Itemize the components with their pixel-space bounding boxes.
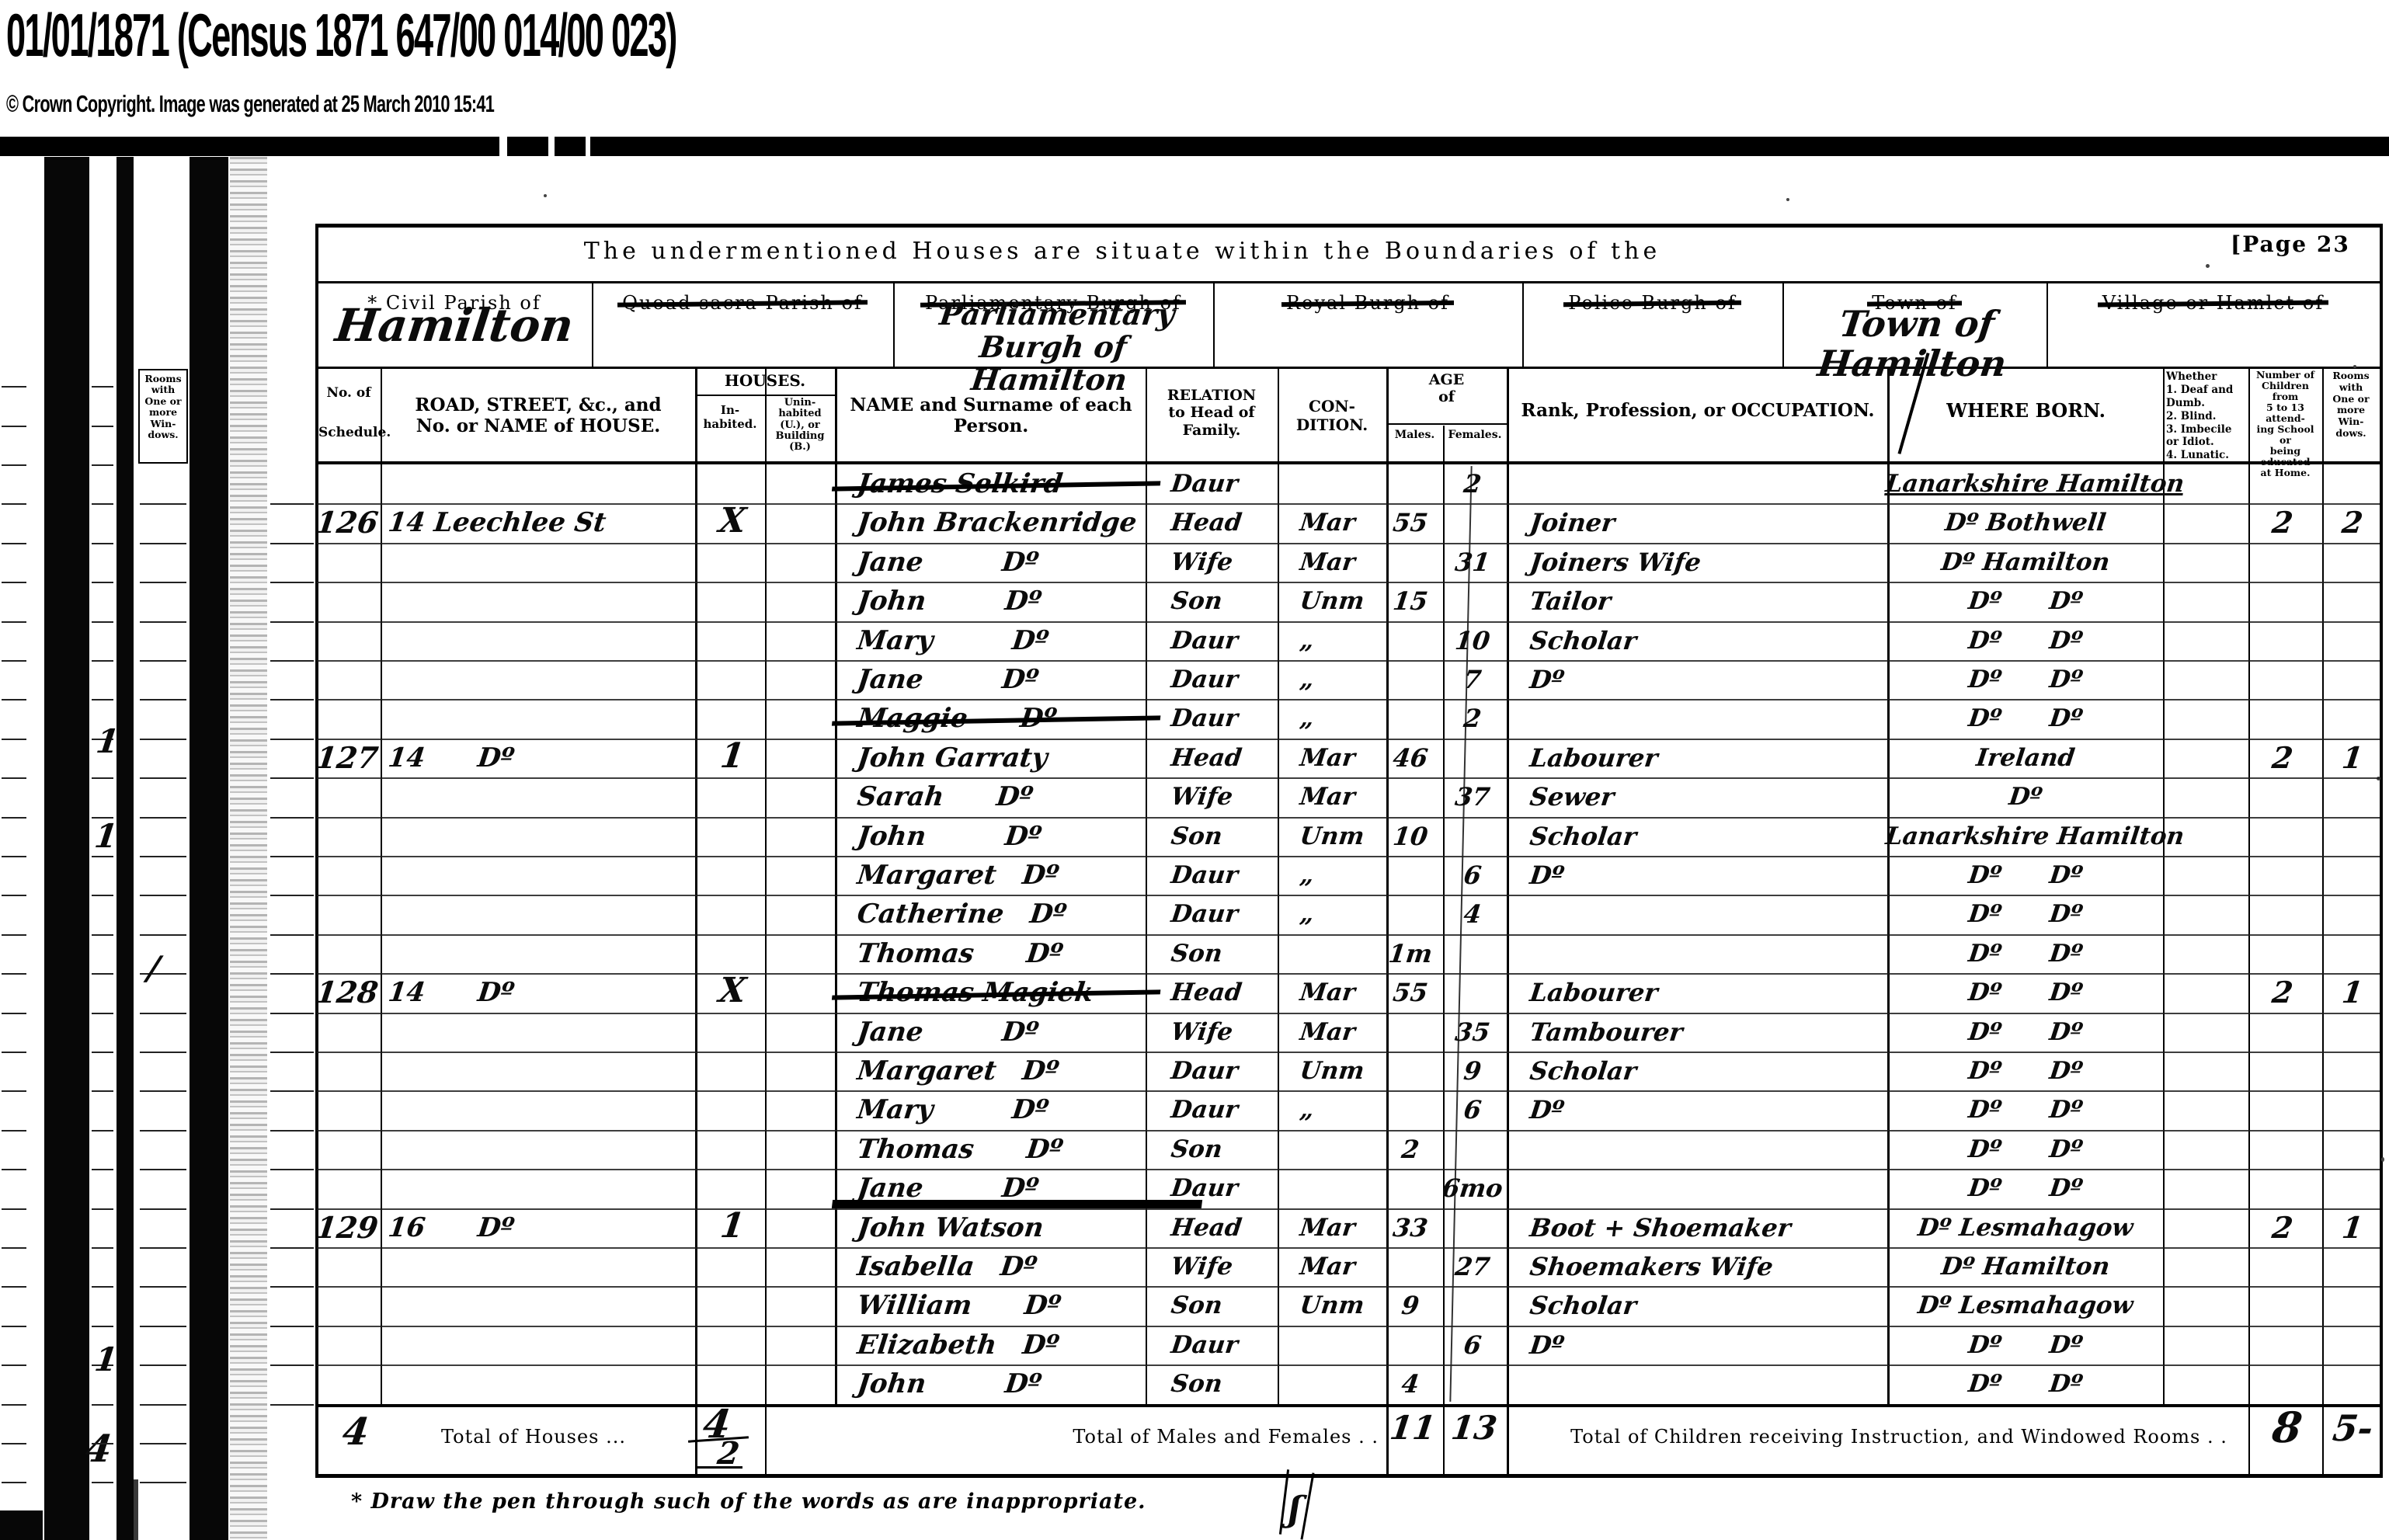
cell-name: James Selkird [836,465,1152,502]
cell-occ: Sewer [1504,778,1886,815]
cell-rm: 1 [2318,974,2387,1011]
cell-ch: 2 [2242,1209,2323,1246]
cell-rel: Head [1147,974,1280,1011]
pen-flourish [696,1466,742,1469]
person-row-24: John DºSon4Dº Dº [317,1364,2380,1404]
margin-row-dash [270,1052,314,1053]
person-row-18: Thomas DºSon2Dº Dº [317,1130,2380,1170]
row-line [317,621,2380,623]
row-line [317,1364,2380,1366]
person-row-1: James SelkirdDaur2Lanarkshire Hamilton [317,464,2380,504]
col-header-rooms: Rooms with One or more Win- dows. [2324,370,2378,440]
row-line [317,1052,2380,1053]
grid-line [1386,423,1507,425]
cell-s: 127 [302,739,392,777]
cell-born: Lanarkshire Hamilton [1883,818,2168,855]
cell-name: Jane Dº [836,1013,1152,1051]
scan-speck [2206,264,2210,268]
row-line [317,777,2380,779]
margin-row-dash [270,934,314,936]
census-scan-page: { "header": { "title": "01/01/1871 (Cens… [0,0,2389,1540]
margin-row-dash [270,1364,314,1366]
cell-occ: Labourer [1504,974,1886,1011]
cell-born: Dº Dº [1883,895,2168,933]
cell-name: Jane Dº [836,661,1152,698]
margin-mark: / [145,949,162,987]
margin-row-dash [140,1286,186,1288]
cell-inh: X [695,974,769,1008]
col-header-inhabited: In- habited. [697,404,763,431]
margin-row-dash [140,1130,186,1132]
cell-born: Dº Dº [1883,1013,2168,1051]
row-line [317,1286,2380,1288]
scan-corner-blob [0,1510,43,1540]
margin-row-dash [92,1326,113,1327]
margin-row-dash [270,973,314,975]
cell-born: Dº Dº [1883,857,2168,894]
person-row-5: Mary DºDaur„10ScholarDº Dº [317,621,2380,661]
margin-row-dash [92,1169,113,1170]
cell-af: 6mo [1436,1170,1509,1207]
cell-cond: Unm [1278,818,1387,855]
cell-occ: Scholar [1504,1052,1886,1090]
row-line [317,856,2380,857]
col-header-females: Females. [1445,429,1505,442]
person-row-19: Jane DºDaur6moDº Dº [317,1169,2380,1208]
scan-speck [2381,1157,2384,1162]
cell-rel: Head [1147,739,1280,777]
row-line [317,1208,2380,1210]
cell-rel: Son [1147,935,1280,972]
cell-name: Thomas Dº [836,1131,1152,1168]
margin-row-dash [92,621,113,623]
cell-cond: „ [1278,895,1387,933]
col-header-condition: CON- DITION. [1279,398,1385,434]
margin-row-dash [140,1247,186,1249]
cell-occ: Dº [1504,661,1886,698]
row-line [317,503,2380,505]
cell-name: Thomas Magiek [836,974,1152,1011]
person-row-13: Thomas DºSon1mDº Dº [317,934,2380,974]
cell-occ: Joiner [1504,504,1886,541]
margin-row-dash [2,1482,26,1483]
col-header-males: Males. [1388,429,1441,442]
margin-row-dash [2,1364,26,1366]
row-line [317,934,2380,936]
parish-label-wrap: Police Burgh of [1522,292,1782,314]
parish-cell-4: Police Burgh of [1522,283,1782,365]
row-line [317,739,2380,740]
cell-rel: Daur [1147,895,1280,933]
col-header-uninhabited: Unin- habited (U.), or Building (B.) [767,398,833,453]
margin-row-dash [92,1404,113,1406]
person-row-3: Jane DºWifeMar31Joiners WifeDº Hamilton [317,543,2380,582]
person-row-7: Maggie DºDaur„2Dº Dº [317,699,2380,739]
margin-row-dash [2,739,26,740]
parish-label: Village or Hamlet of [2102,292,2324,314]
margin-row-dash [140,1326,186,1327]
cell-occ: Scholar [1504,622,1886,659]
cell-inh: 1 [695,739,769,773]
row-line [317,1169,2380,1170]
cell-name: Isabella Dº [836,1248,1152,1285]
margin-row-dash [270,817,314,819]
margin-mark: 1 [94,722,121,760]
person-row-23: Elizabeth DºDaur6DºDº Dº [317,1326,2380,1365]
margin-row-dash [270,895,314,896]
cell-name: John Dº [836,1365,1152,1403]
parish-handwriting: Hamilton [314,301,595,351]
margin-row-dash [270,1404,314,1406]
margin-row-dash [2,426,26,427]
margin-row-dash [2,464,26,466]
margin-mark: 1 [92,1340,120,1378]
grid-line [317,367,2383,369]
margin-row-dash [92,1443,113,1444]
scan-corner-blob [116,1479,138,1540]
parish-label-wrap: Quoad sacra Parish of [592,292,893,314]
margin-row-dash [140,660,186,662]
margin-row-dash [92,1208,113,1210]
cell-born: Dº Bothwell [1883,504,2168,541]
margin-row-dash [92,699,113,700]
row-line [317,1090,2380,1092]
cell-occ: Dº [1504,857,1886,894]
margin-row-dash [270,1208,314,1210]
margin-row-dash [2,1052,26,1053]
grid-line [317,1474,2383,1478]
parish-cell-2: Parliamentary Burgh ofParliamentary Burg… [893,283,1213,365]
cell-born: Dº Dº [1883,1052,2168,1090]
margin-row-dash [270,1326,314,1327]
margin-row-dash [140,1013,186,1014]
col-header-where-born: WHERE BORN. [1890,400,2161,422]
margin-row-dash [270,1130,314,1132]
margin-row-dash [270,660,314,662]
margin-row-dash [2,1013,26,1014]
totals-males-females-label: Total of Males and Females . . [955,1426,1379,1448]
margin-row-dash [92,386,113,388]
parish-label-wrap: Royal Burgh of [1213,292,1522,314]
film-band-slit [548,137,555,156]
margin-row-dash [92,1247,113,1249]
cell-name: John Watson [836,1209,1152,1246]
col-header-houses: HOUSES. [695,372,835,391]
cell-rel: Son [1147,1365,1280,1403]
cell-name: Margaret Dº [836,857,1152,894]
cell-cond: „ [1278,1091,1387,1128]
cell-rel: Daur [1147,857,1280,894]
cell-am: 4 [1380,1365,1441,1403]
cell-born: Dº Dº [1883,1326,2168,1364]
margin-row-dash [2,1130,26,1132]
person-row-10: John DºSonUnm10ScholarLanarkshire Hamilt… [317,817,2380,857]
person-row-16: Margaret DºDaurUnm9ScholarDº Dº [317,1052,2380,1091]
cell-rel: Daur [1147,1170,1280,1207]
col-header-whether-infirm: Whether 1. Deaf and Dumb. 2. Blind. 3. I… [2166,370,2247,462]
footnote: * Draw the pen through such of the words… [351,1490,1146,1514]
margin-row-dash [92,503,113,505]
cell-occ: Dº [1504,1091,1886,1128]
pen-squiggle: ʃ [1287,1490,1303,1529]
grid-line [317,1404,2383,1407]
cell-cond: Mar [1278,778,1387,815]
totals-margin-value: 4 [69,1427,129,1471]
margin-row-dash [92,543,113,544]
totals-males-value: 11 [1382,1409,1444,1447]
margin-row-dash [270,543,314,544]
margin-row-dash [92,973,113,975]
margin-mark: 1 [92,817,120,855]
row-line [317,1013,2380,1014]
cell-s: 126 [302,504,392,541]
cell-cond: Unm [1278,582,1387,620]
cell-born: Dº Lesmahagow [1883,1209,2168,1246]
film-edge-bar [44,157,89,1540]
cell-name: John Dº [836,582,1152,620]
cell-name: Jane Dº [836,544,1152,581]
cell-name: Elizabeth Dº [836,1326,1152,1364]
person-row-14: 12814 DºXThomas MagiekHeadMar55LabourerD… [317,973,2380,1013]
margin-row-dash [2,582,26,583]
margin-row-dash [270,582,314,583]
margin-row-dash [270,739,314,740]
cell-name: Jane Dº [836,1170,1152,1207]
col-header-children: Number of Children from 5 to 13 attend- … [2250,370,2321,478]
cell-rel: Daur [1147,1091,1280,1128]
margin-row-dash [92,856,113,857]
copyright-line: © Crown Copyright. Image was generated a… [6,90,494,118]
totals-children-label: Total of Children receiving Instruction,… [1553,1426,2245,1448]
person-row-20: 12916 Dº1John WatsonHeadMar33Boot + Shoe… [317,1208,2380,1248]
row-line [317,699,2380,700]
cell-rm: 2 [2318,504,2387,541]
margin-row-dash [2,777,26,779]
cell-name: Mary Dº [836,622,1152,659]
cell-born: Dº Hamilton [1883,544,2168,581]
cell-rel: Daur [1147,1052,1280,1090]
cell-occ: Labourer [1504,739,1886,777]
parish-cell-3: Royal Burgh of [1213,283,1522,365]
parish-label: Royal Burgh of [1286,292,1449,314]
margin-row-dash [92,582,113,583]
cell-af: 2 [1436,465,1509,502]
row-line [317,543,2380,544]
cell-name: Sarah Dº [836,778,1152,815]
film-edge-bar [116,157,134,1540]
cell-rel: Daur [1147,1326,1280,1364]
cell-rel: Daur [1147,700,1280,737]
cell-am: 55 [1380,504,1441,541]
film-edge-speckle [230,157,267,1540]
cell-am: 15 [1380,582,1441,620]
cell-occ: Scholar [1504,818,1886,855]
margin-row-dash [140,817,186,819]
cell-born: Dº [1883,778,2168,815]
cell-af: 6 [1436,1091,1509,1128]
cell-inh: X [695,504,769,538]
cell-born: Dº Dº [1883,622,2168,659]
pen-stroke [1300,1472,1314,1539]
margin-row-dash [140,1364,186,1366]
cell-rd: 14 Dº [380,739,695,777]
cell-rd: 14 Dº [380,974,695,1011]
margin-row-dash [140,739,186,740]
margin-row-dash [2,699,26,700]
parish-handwriting: Town of Hamilton [1778,304,2051,383]
cell-rel: Wife [1147,544,1280,581]
cell-born: Dº Hamilton [1883,1248,2168,1285]
margin-row-dash [92,1482,113,1483]
cell-am: 10 [1380,818,1441,855]
scan-speck [2353,365,2356,368]
margin-row-dash [140,503,186,505]
cell-af: 9 [1436,1052,1509,1090]
parish-cell-1: Quoad sacra Parish of [592,283,893,365]
margin-row-dash [140,1443,186,1444]
grid-line [2380,224,2383,1478]
margin-row-dash [140,699,186,700]
cell-born: Dº Dº [1883,1091,2168,1128]
cell-occ: Shoemakers Wife [1504,1248,1886,1285]
margin-row-dash [92,1286,113,1288]
margin-row-dash [2,660,26,662]
person-row-11: Margaret DºDaur„6DºDº Dº [317,856,2380,895]
cell-rd: 16 Dº [380,1209,695,1246]
person-row-9: Sarah DºWifeMar37SewerDº [317,777,2380,817]
margin-row-dash [2,934,26,936]
parish-cell-5: Town ofTown of Hamilton [1782,283,2046,365]
person-row-4: John DºSonUnm15TailorDº Dº [317,582,2380,621]
cell-af: 31 [1436,544,1509,581]
margin-row-dash [2,1404,26,1406]
cell-am: 33 [1380,1209,1441,1246]
cell-af: 2 [1436,700,1509,737]
cell-rel: Son [1147,582,1280,620]
totals-children-value: 8 [2249,1403,2325,1452]
margin-row-dash [2,621,26,623]
parish-cell-0: * Civil Parish ofHamilton [317,283,592,365]
table-heading: The undermentioned Houses are situate wi… [579,238,1666,265]
cell-rel: Wife [1147,778,1280,815]
cell-occ: Joiners Wife [1504,544,1886,581]
cell-born: Dº Dº [1883,974,2168,1011]
scan-speck [1786,198,1789,201]
cell-s: 128 [302,974,392,1011]
margin-row-dash [140,856,186,857]
cell-name: William Dº [836,1287,1152,1324]
margin-row-dash [140,1404,186,1406]
margin-row-dash [140,582,186,583]
margin-row-dash [270,1013,314,1014]
cell-rel: Son [1147,1131,1280,1168]
person-row-12: Catherine DºDaur„4Dº Dº [317,895,2380,934]
cell-name: Thomas Dº [836,935,1152,972]
cell-rm: 1 [2318,1209,2387,1246]
cell-name: Maggie Dº [836,700,1152,737]
cell-occ: Scholar [1504,1287,1886,1324]
margin-row-dash [2,856,26,857]
cell-inh: 1 [695,1209,769,1243]
totals-schedule-value: 4 [322,1410,390,1454]
cell-ch: 2 [2242,974,2323,1011]
grid-line [695,395,835,396]
cell-occ: Tailor [1504,582,1886,620]
cell-rel: Son [1147,818,1280,855]
cell-cond: Mar [1278,1013,1387,1051]
row-line [317,1130,2380,1132]
totals-females-value: 13 [1441,1409,1507,1447]
cell-am: 46 [1380,739,1441,777]
person-row-6: Jane DºDaur„7DºDº Dº [317,660,2380,700]
film-edge-bar [190,157,228,1540]
row-line [317,582,2380,583]
cell-cond: „ [1278,857,1387,894]
cell-ch: 2 [2242,504,2323,541]
scan-speck [544,194,547,197]
cell-af: 6 [1436,1326,1509,1364]
cell-rel: Head [1147,504,1280,541]
cell-name: John Garraty [836,739,1152,777]
person-row-8: 12714 Dº1John GarratyHeadMar46LabourerIr… [317,739,2380,778]
margin-row-dash [2,386,26,388]
cell-am: 9 [1380,1287,1441,1324]
margin-row-dash [92,777,113,779]
cell-name: John Dº [836,818,1152,855]
cell-rel: Daur [1147,465,1280,502]
cell-af: 4 [1436,895,1509,933]
cell-rel: Head [1147,1209,1280,1246]
margin-row-dash [2,1326,26,1327]
cell-occ: Boot + Shoemaker [1504,1209,1886,1246]
cell-rm: 1 [2318,739,2387,777]
film-band-slit [499,137,507,156]
grid-line [317,224,2383,228]
margin-row-dash [270,1090,314,1092]
margin-row-dash [2,1286,26,1288]
row-line [317,817,2380,819]
col-header-road: ROAD, STREET, &c., and No. or NAME of HO… [384,395,693,436]
film-band [0,137,2389,156]
cell-born: Lanarkshire Hamilton [1883,465,2168,502]
margin-row-dash [92,1130,113,1132]
margin-row-dash [92,934,113,936]
margin-row-dash [2,973,26,975]
margin-row-dash [270,503,314,505]
cell-cond: Mar [1278,1248,1387,1285]
col-header-schedule: No. of Schedule. [318,384,379,443]
margin-row-dash [92,1052,113,1053]
person-row-2: 12614 Leechlee StXJohn BrackenridgeHeadM… [317,503,2380,543]
cell-name: John Brackenridge [836,504,1152,541]
cell-born: Dº Dº [1883,582,2168,620]
cell-rel: Wife [1147,1013,1280,1051]
margin-row-dash [140,621,186,623]
margin-row-dash [2,1247,26,1249]
cell-cond: „ [1278,661,1387,698]
margin-row-dash [92,464,113,466]
parish-cell-6: Village or Hamlet of [2046,283,2380,365]
cell-am: 1m [1380,935,1441,972]
person-row-21: Isabella DºWifeMar27Shoemakers WifeDº Ha… [317,1247,2380,1287]
parish-label-wrap: Village or Hamlet of [2046,292,2380,314]
cell-name: Margaret Dº [836,1052,1152,1090]
margin-row-dash [270,699,314,700]
margin-row-dash [270,1286,314,1288]
cell-born: Ireland [1883,739,2168,777]
totals-houses-label: Total of Houses ... [441,1426,626,1448]
margin-row-dash [2,503,26,505]
